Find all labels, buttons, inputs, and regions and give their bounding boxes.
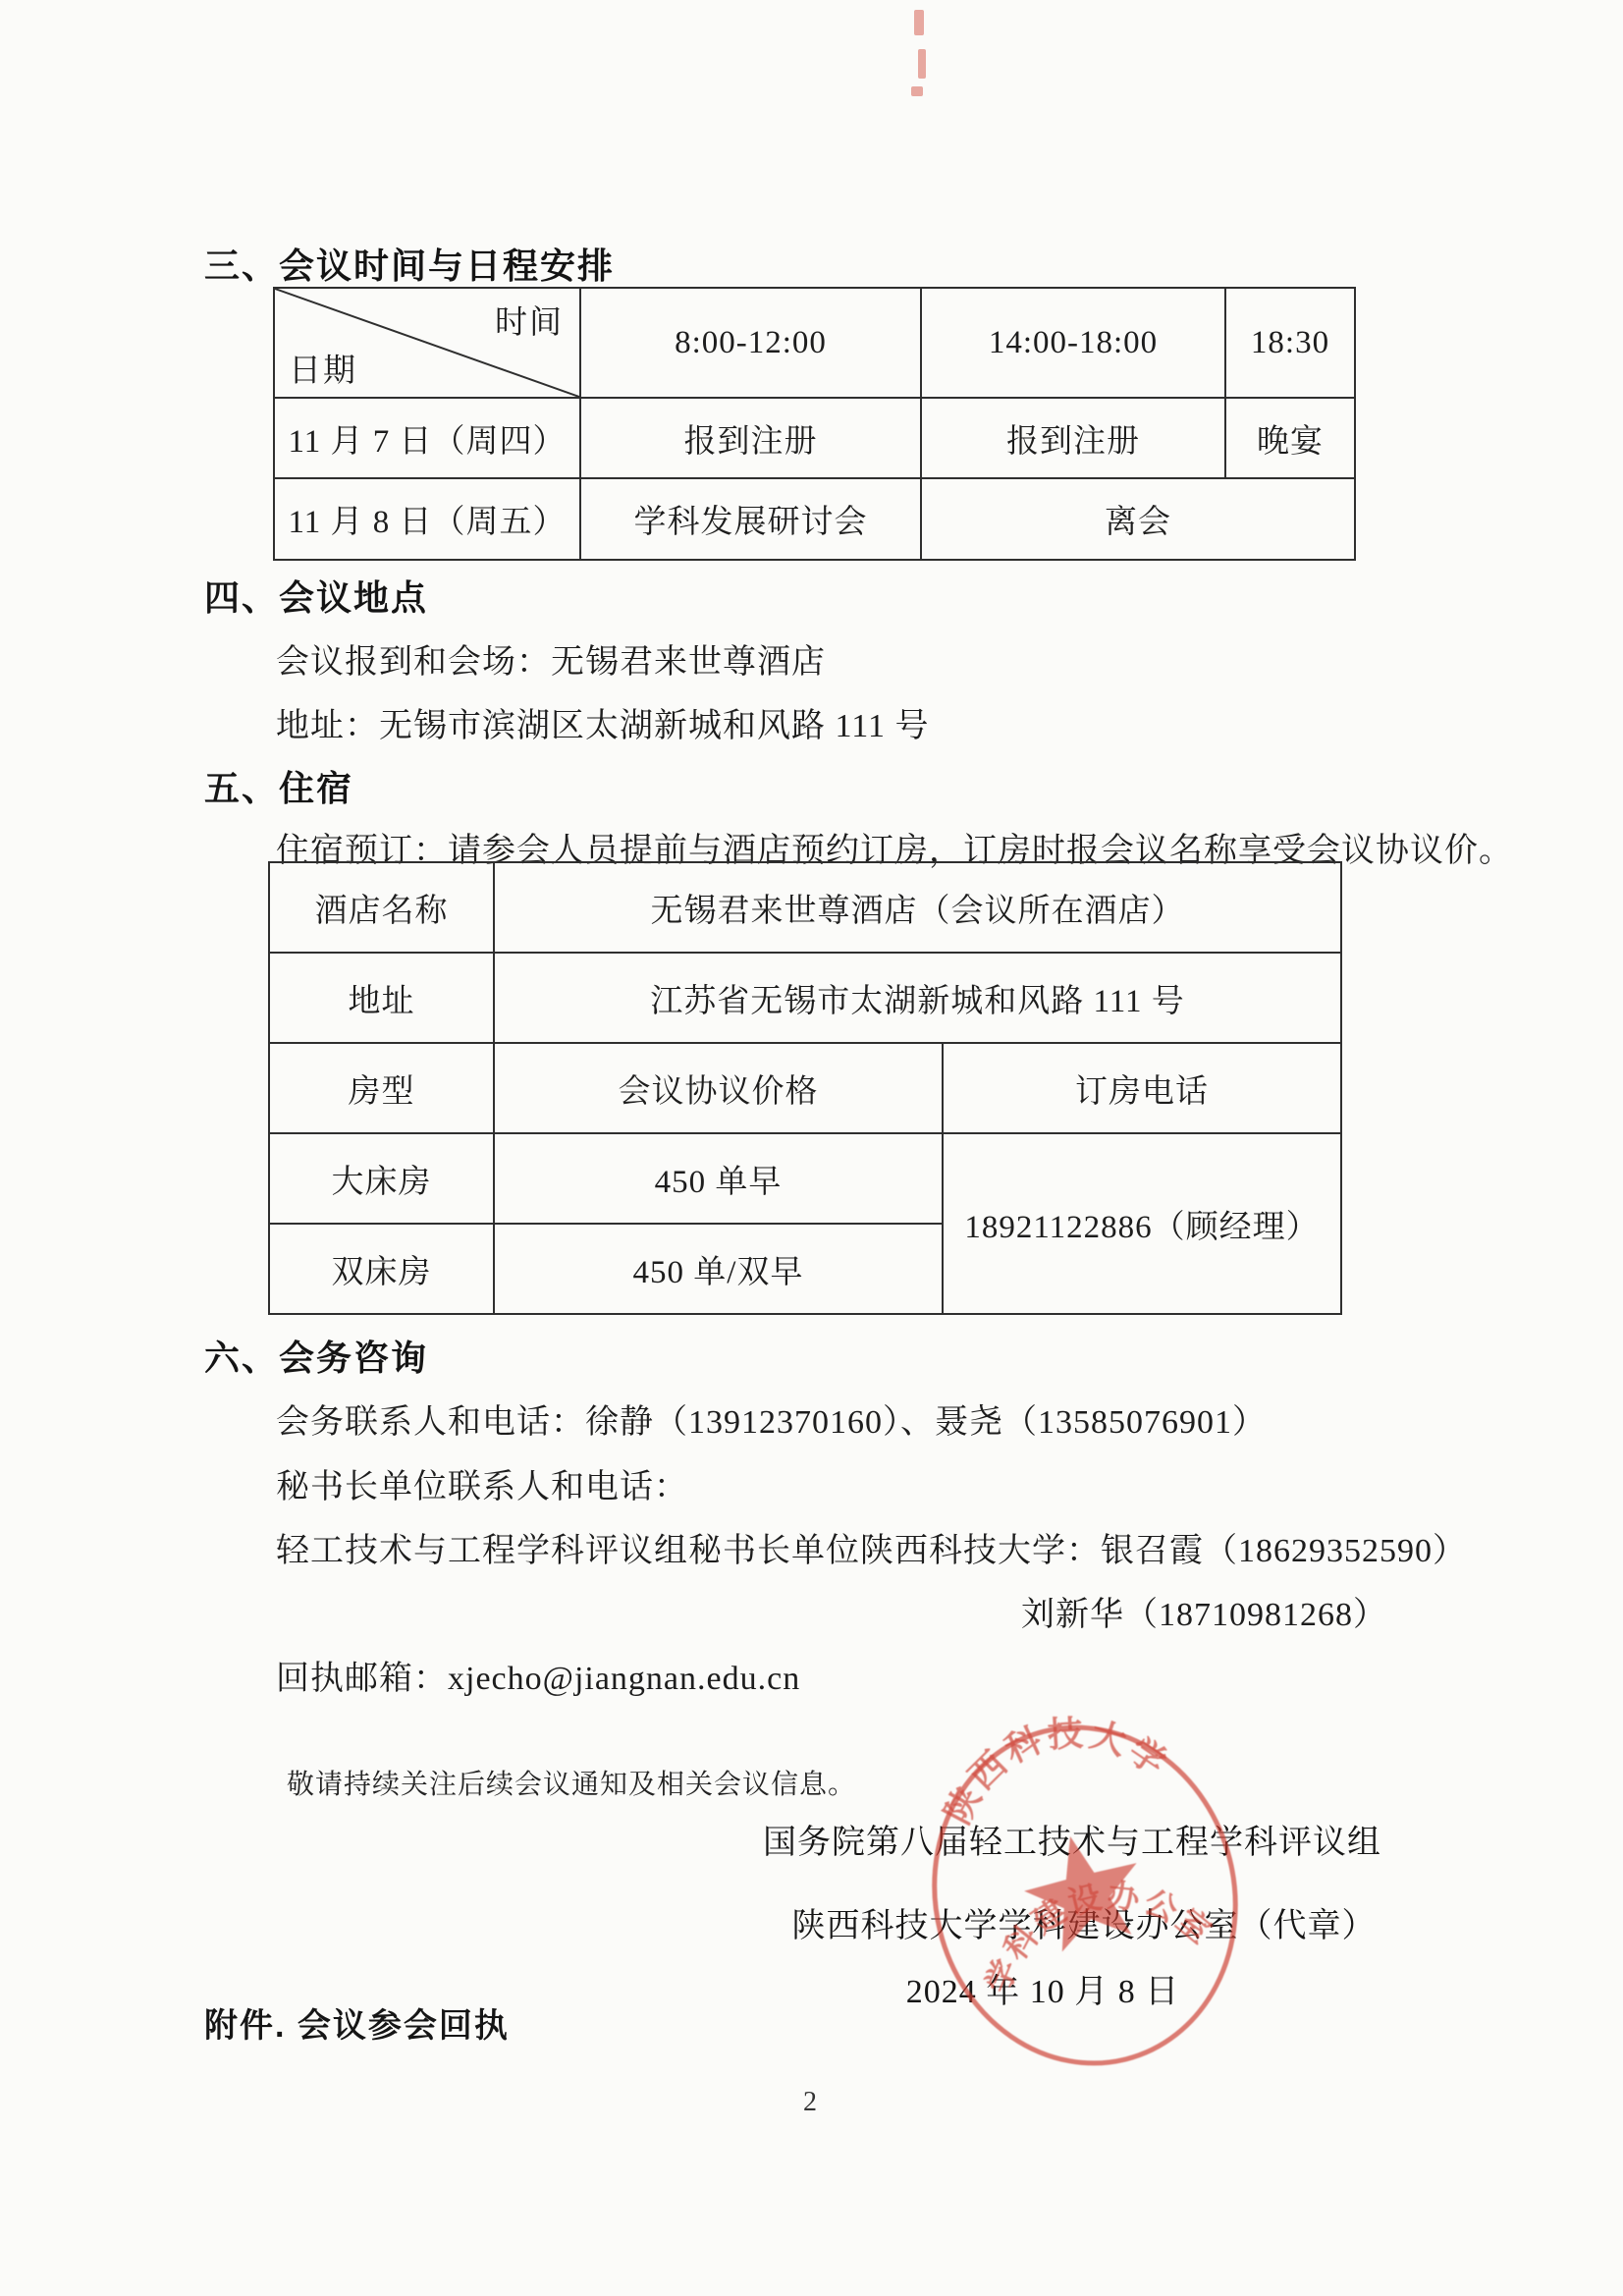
schedule-activity-cell: 报到注册	[580, 398, 921, 478]
email-line: 回执邮箱：xjecho@jiangnan.edu.cn	[276, 1651, 800, 1699]
address-line: 地址：无锡市滨湖区太湖新城和风路 111 号	[276, 698, 929, 746]
hotel-table: 酒店名称 无锡君来世尊酒店（会议所在酒店） 地址 江苏省无锡市太湖新城和风路 1…	[268, 861, 1342, 1315]
hotel-name-row: 酒店名称 无锡君来世尊酒店（会议所在酒店）	[269, 862, 1341, 953]
booking-phone-value: 18921122886（顾经理）	[943, 1133, 1341, 1314]
phone-label: 订房电话	[943, 1043, 1341, 1133]
page-number: 2	[803, 2087, 817, 2118]
document-page: 三、会议时间与日程安排 时间 日期 8:00-12:00 14:00-18:00…	[0, 0, 1623, 2296]
schedule-table: 时间 日期 8:00-12:00 14:00-18:00 18:30 11 月 …	[273, 287, 1356, 561]
corner-label-time: 时间	[495, 297, 564, 343]
hotel-address-value: 江苏省无锡市太湖新城和风路 111 号	[494, 953, 1341, 1043]
schedule-date-cell: 11 月 8 日（周五）	[274, 478, 580, 560]
hotel-header-row: 房型 会议协议价格 订房电话	[269, 1043, 1341, 1133]
room-price-value: 450 单早	[494, 1133, 943, 1224]
room-row-king: 大床房 450 单早 18921122886（顾经理）	[269, 1133, 1341, 1224]
schedule-activity-cell: 离会	[921, 478, 1355, 560]
room-type-label: 房型	[269, 1043, 494, 1133]
room-type-value: 双床房	[269, 1224, 494, 1314]
schedule-header-row: 时间 日期 8:00-12:00 14:00-18:00 18:30	[274, 288, 1355, 398]
hotel-address-row: 地址 江苏省无锡市太湖新城和风路 111 号	[269, 953, 1341, 1043]
contacts-line: 会务联系人和电话：徐静（13912370160）、聂尧（13585076901）	[276, 1394, 1267, 1443]
price-label: 会议协议价格	[494, 1043, 943, 1133]
schedule-row-day2: 11 月 8 日（周五） 学科发展研讨会 离会	[274, 478, 1355, 560]
hotel-name-value: 无锡君来世尊酒店（会议所在酒店）	[494, 862, 1341, 953]
secretary-detail-line2: 刘新华（18710981268）	[1021, 1587, 1387, 1635]
secretary-line: 秘书长单位联系人和电话：	[276, 1459, 688, 1507]
schedule-corner-cell: 时间 日期	[274, 288, 580, 398]
section3-heading: 三、会议时间与日程安排	[204, 239, 615, 289]
followup-note: 敬请持续关注后续会议通知及相关会议信息。	[287, 1763, 856, 1802]
section6-heading: 六、会务咨询	[204, 1331, 428, 1381]
room-price-value: 450 单/双早	[494, 1224, 943, 1314]
scan-bleed-mark	[918, 49, 926, 79]
hotel-name-label: 酒店名称	[269, 862, 494, 953]
attachment-line: 附件. 会议参会回执	[204, 1998, 510, 2047]
corner-label-date: 日期	[289, 345, 357, 391]
room-type-value: 大床房	[269, 1133, 494, 1224]
scan-bleed-mark	[911, 86, 923, 96]
time-col-header: 8:00-12:00	[580, 288, 921, 398]
schedule-date-cell: 11 月 7 日（周四）	[274, 398, 580, 478]
schedule-activity-cell: 晚宴	[1225, 398, 1355, 478]
time-col-header: 18:30	[1225, 288, 1355, 398]
section5-heading: 五、住宿	[204, 761, 353, 811]
stamp-arc-top-text: 陕西科技大学	[920, 1697, 1182, 1837]
schedule-activity-cell: 学科发展研讨会	[580, 478, 921, 560]
schedule-activity-cell: 报到注册	[921, 398, 1225, 478]
scan-bleed-mark	[914, 10, 924, 35]
venue-line: 会议报到和会场：无锡君来世尊酒店	[276, 634, 826, 683]
hotel-address-label: 地址	[269, 953, 494, 1043]
time-col-header: 14:00-18:00	[921, 288, 1225, 398]
schedule-row-day1: 11 月 7 日（周四） 报到注册 报到注册 晚宴	[274, 398, 1355, 478]
official-stamp: 陕西科技大学 学科建设办公室	[906, 1697, 1264, 2094]
section4-heading: 四、会议地点	[204, 571, 428, 621]
secretary-detail-line: 轻工技术与工程学科评议组秘书长单位陕西科技大学：银召霞（18629352590）	[276, 1523, 1467, 1571]
